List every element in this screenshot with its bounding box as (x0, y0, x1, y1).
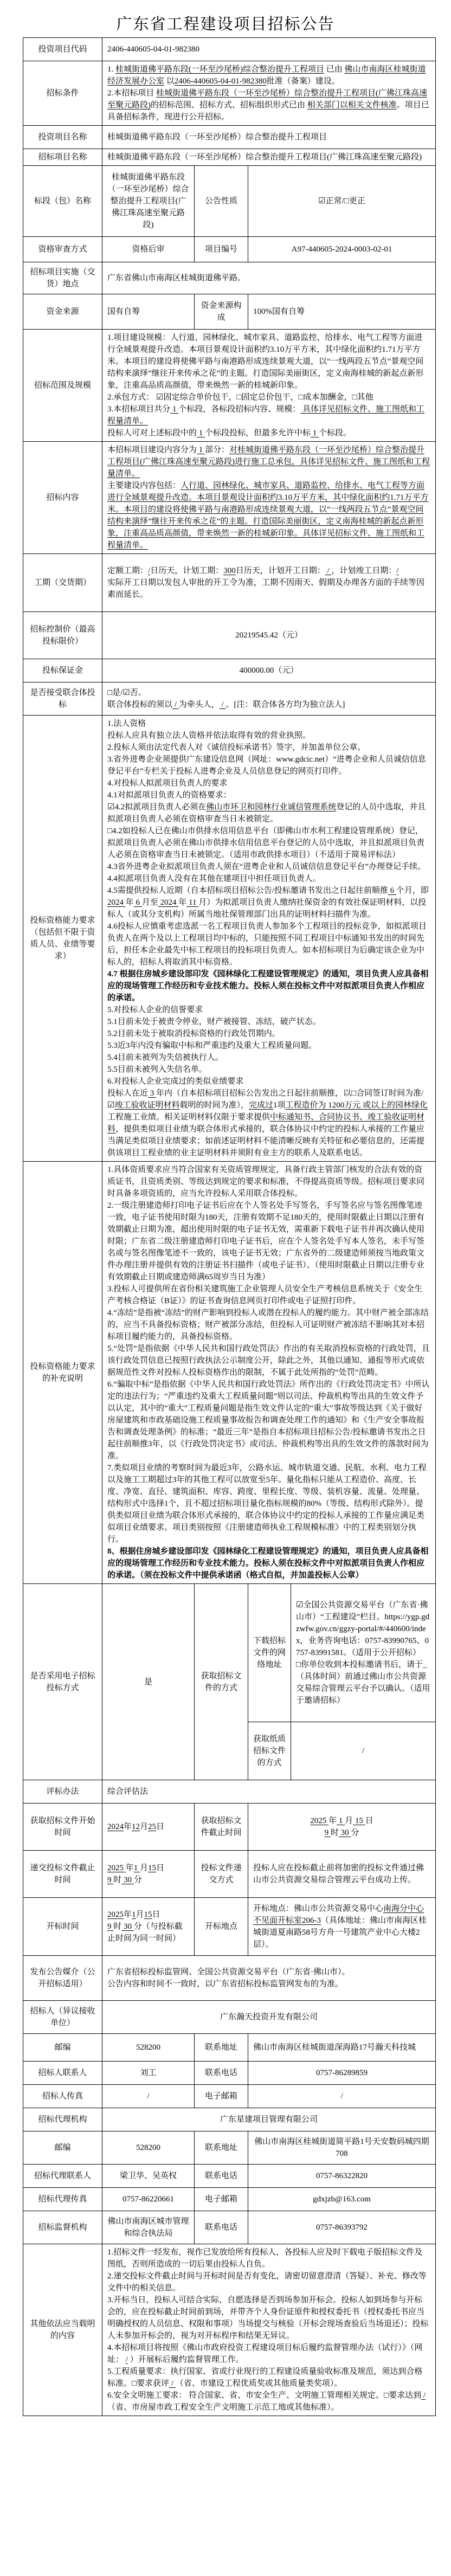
agency-address-value: 佛山市南海区桂城街道简平路1号天安数码城四期708 (248, 2131, 436, 2165)
agency-contact-label: 招标代理联系人 (23, 2165, 102, 2188)
tenderer-email-label: 电子邮箱 (195, 2085, 248, 2108)
location-value: 广东省佛山市南海区桂城街道佛平路。 (102, 262, 436, 294)
ceiling-price-value: 20219545.42（元） (102, 612, 436, 659)
row-location: 招标项目实施（交货）地点 广东省佛山市南海区桂城街道佛平路。 (23, 262, 436, 294)
row-fund-source: 资金来源 国有自筹 资金来源构成 100%国有自筹 (23, 294, 436, 330)
tender-scope-value: 1.项目建设规模：人行道、园林绿化、城市家具、道路监控、给排水、电气工程等方面进… (102, 330, 436, 442)
other-content-label: 其他依法应当载明的内容 (23, 2244, 102, 2416)
tender-announcement-page: 广东省工程建设项目招标公告 投资项目代码 2406-440605-04-01-9… (0, 12, 451, 2416)
row-qualification-notes: 投标资格能力要求的补充说明 1.具体资质要求应当符合国家有关资质管理规定，具备行… (23, 1162, 436, 1584)
supervisor-label: 招标监督机构 (23, 2211, 102, 2244)
tenderer-fax-value: / (102, 2085, 195, 2108)
row-tenderer: 招标人（异议接收单位） 广东瀚天投资开发有限公司 (23, 2001, 436, 2034)
row-consortium: 是否接受联合体投标 □是/☑否。联合体投标的须以 / 为牵头人， / 。[注：联… (23, 682, 436, 716)
evaluation-method-value: 综合评估法 (102, 1780, 436, 1804)
submit-deadline-label: 递交投标文件截止时间 (23, 1851, 102, 1898)
download-url-label: 下载招标文件的网络地址 (248, 1584, 291, 1722)
page-title: 广东省工程建设项目招标公告 (0, 12, 451, 34)
invest-name-label: 投资项目名称 (23, 126, 102, 149)
qualification-requirements-value: 1.法人资格投标人应具有独立法人资格并依法取得有效的营业执照。2.投标人须由法定… (102, 716, 436, 1162)
row-doc-time: 获取招标文件开始时间 2024年12月25日 获取招标文件截止时间 2025 年… (23, 1804, 436, 1851)
agency-phone-label: 联系电话 (195, 2165, 248, 2188)
agency-fax-label: 招标代理传真 (23, 2188, 102, 2211)
bid-bond-value: 400000.00（元） (102, 659, 436, 682)
invest-code-value: 2406-440605-04-01-982380 (102, 38, 436, 61)
e-bidding-value: 是 (102, 1584, 195, 1780)
opening-place-label: 开标地点 (195, 1898, 248, 1956)
notice-nature-value: ☑正常/□更正 (248, 166, 436, 237)
invest-name-value: 桂城街道佛平路东段（一环至沙尾桥）综合整治提升工程项目 (102, 126, 436, 149)
row-tender-content: 招标内容 本招标项目建设内容分为 1 部分：对桂城街道佛平路东段（一环至沙尾桥）… (23, 442, 436, 554)
qualification-review-label: 资格审查方式 (23, 237, 102, 262)
duration-value: 定额工期：/日历天，计划工期：300日历天，计划开工日期： / ，计划竣工日期：… (102, 554, 436, 612)
fund-source-value: 国有自筹 (102, 294, 195, 330)
tender-scope-label: 招标范围及规模 (23, 330, 102, 442)
row-agency-fax: 招标代理传真 0757-86220661 电子邮箱 gdxjzb@163.com (23, 2188, 436, 2211)
tenderer-postcode-label: 邮编 (23, 2034, 102, 2062)
location-label: 招标项目实施（交货）地点 (23, 262, 102, 294)
tenderer-contact-label: 招标人联系人 (23, 2062, 102, 2085)
paper-doc-method-label: 获取纸质招标文件的方式 (248, 1722, 291, 1780)
bid-bond-label: 投标保证金 (23, 659, 102, 682)
consortium-value: □是/☑否。联合体投标的须以 / 为牵头人， / 。[注：联合体各方均为独立法人… (102, 682, 436, 716)
ceiling-price-label: 招标控制价（最高投标限价） (23, 612, 102, 659)
announcement-media-value: 广东省招标投标监管网、全国公共资源交易平台（广东省·佛山市）。公告内容和时间不一… (102, 1956, 436, 2001)
agency-value: 广东星建项目管理有限公司 (102, 2108, 436, 2131)
opening-time-value: 2025年1月15日 9 时 30 分（与投标截止时间为同一时间） (102, 1898, 195, 1956)
doc-start-time-value: 2024年12月25日 (102, 1804, 195, 1851)
doc-deadline-label: 获取招标文件截止时间 (195, 1804, 248, 1851)
submit-method-label: 投标文件递交方式 (195, 1851, 248, 1898)
doc-deadline-value: 2025 年 1 月 15 日9 时 30 分 (248, 1804, 436, 1851)
row-evaluation-method: 评标办法 综合评估法 (23, 1780, 436, 1804)
tenderer-phone-value: 0757-86289859 (248, 2062, 436, 2085)
tender-name-label: 招标项目名称 (23, 149, 102, 166)
tenderer-contact-value: 刘工 (102, 2062, 195, 2085)
row-tender-scope: 招标范围及规模 1.项目建设规模：人行道、园林绿化、城市家具、道路监控、给排水、… (23, 330, 436, 442)
agency-phone-value: 0757-86322820 (248, 2165, 436, 2188)
tenderer-phone-label: 联系电话 (195, 2062, 248, 2085)
row-invest-name: 投资项目名称 桂城街道佛平路东段（一环至沙尾桥）综合整治提升工程项目 (23, 126, 436, 149)
qualification-notes-label: 投标资格能力要求的补充说明 (23, 1162, 102, 1584)
row-agency: 招标代理机构 广东星建项目管理有限公司 (23, 2108, 436, 2131)
download-url-value: ☑全国公共资源交易平台（广东省·佛山市）“工程建设”栏目。https://ygp… (291, 1584, 436, 1722)
tender-name-value: 桂城街道佛平路东段（一环至沙尾桥）综合整治提升工程项目(广佛江珠高速至聚元路段) (102, 149, 436, 166)
row-tenderer-contact: 招标人联系人 刘工 联系电话 0757-86289859 (23, 2062, 436, 2085)
submit-method-value: 投标人应在投标截止前将加密的投标文件通过佛山市公共资源交易综合管理云平台成功上传… (248, 1851, 436, 1898)
agency-postcode-value: 528200 (102, 2131, 195, 2165)
evaluation-method-label: 评标办法 (23, 1780, 102, 1804)
row-invest-code: 投资项目代码 2406-440605-04-01-982380 (23, 38, 436, 61)
consortium-label: 是否接受联合体投标 (23, 682, 102, 716)
row-qualification-review: 资格审查方式 资格后审 项目编号 A97-440605-2024-0003-02… (23, 237, 436, 262)
row-section-name: 标段（包）名称 桂城街道佛平路东段（一环至沙尾桥）综合整治提升工程项目(广佛江珠… (23, 166, 436, 237)
row-tenderer-postcode: 邮编 528200 联系地址 佛山市南海区桂城街道深海路17号瀚天科技城 (23, 2034, 436, 2062)
row-tender-name: 招标项目名称 桂城街道佛平路东段（一环至沙尾桥）综合整治提升工程项目(广佛江珠高… (23, 149, 436, 166)
agency-label: 招标代理机构 (23, 2108, 102, 2131)
tender-conditions-value: 1. 桂城街道佛平路东段(一环至沙尾桥)综合整治提升工程项目 已由 佛山市南海区… (102, 61, 436, 126)
row-other-content: 其他依法应当载明的内容 1.招标文件一经发布，视作已发放给所有投标人，各投标人应… (23, 2244, 436, 2416)
section-name-value: 桂城街道佛平路东段（一环至沙尾桥）综合整治提升工程项目(广佛江珠高速至聚元路段) (102, 166, 195, 237)
doc-start-time-label: 获取招标文件开始时间 (23, 1804, 102, 1851)
agency-email-value: gdxjzb@163.com (248, 2188, 436, 2211)
opening-time-label: 开标时间 (23, 1898, 102, 1956)
qualification-notes-value: 1.具体资质要求应当符合国家有关资质管理规定，具备行政主管部门核发的合法有效的资… (102, 1162, 436, 1584)
row-qualification-requirements: 投标资格能力要求（包括但不限于资质人员、业绩等要求） 1.法人资格投标人应具有独… (23, 716, 436, 1162)
fund-composition-value: 100%国有自筹 (248, 294, 436, 330)
row-agency-postcode: 邮编 528200 联系地址 佛山市南海区桂城街道简平路1号天安数码城四期708 (23, 2131, 436, 2165)
row-announcement-media: 发布公告媒介（公开招标适用） 广东省招标投标监管网、全国公共资源交易平台（广东省… (23, 1956, 436, 2001)
row-ceiling-price: 招标控制价（最高投标限价） 20219545.42（元） (23, 612, 436, 659)
row-supervisor: 招标监督机构 佛山市南海区城市管理和综合执法局 联系电话 0757-863937… (23, 2211, 436, 2244)
tender-table: 投资项目代码 2406-440605-04-01-982380 招标条件 1. … (23, 37, 436, 2416)
announcement-media-label: 发布公告媒介（公开招标适用） (23, 1956, 102, 2001)
project-number-value: A97-440605-2024-0003-02-01 (248, 237, 436, 262)
row-tender-conditions: 招标条件 1. 桂城街道佛平路东段(一环至沙尾桥)综合整治提升工程项目 已由 佛… (23, 61, 436, 126)
tender-conditions-label: 招标条件 (23, 61, 102, 126)
fund-source-label: 资金来源 (23, 294, 102, 330)
agency-address-label: 联系地址 (195, 2131, 248, 2165)
notice-nature-label: 公告性质 (195, 166, 248, 237)
supervisor-value: 佛山市南海区城市管理和综合执法局 (102, 2211, 195, 2244)
tender-content-value: 本招标项目建设内容分为 1 部分：对桂城街道佛平路东段（一环至沙尾桥）综合整治提… (102, 442, 436, 554)
row-agency-contact: 招标代理联系人 梁卫华、吴英权 联系电话 0757-86322820 (23, 2165, 436, 2188)
duration-label: 工期（交货期） (23, 554, 102, 612)
other-content-value: 1.招标文件一经发布，视作已发放给所有投标人，各投标人应及时下载电子版招标文件及… (102, 2244, 436, 2416)
invest-code-label: 投资项目代码 (23, 38, 102, 61)
paper-doc-method-value: / (291, 1722, 436, 1780)
tenderer-value: 广东瀚天投资开发有限公司 (102, 2001, 436, 2034)
tenderer-label: 招标人（异议接收单位） (23, 2001, 102, 2034)
tenderer-address-value: 佛山市南海区桂城街道深海路17号瀚天科技城 (248, 2034, 436, 2062)
row-e-bidding: 是否采用电子招标投标方式 是 获取招标文件的方式 下载招标文件的网络地址 ☑全国… (23, 1584, 436, 1722)
agency-email-label: 电子邮箱 (195, 2188, 248, 2211)
agency-contact-value: 梁卫华、吴英权 (102, 2165, 195, 2188)
doc-obtain-method-label: 获取招标文件的方式 (195, 1584, 248, 1780)
row-submit-deadline: 递交投标文件截止时间 2025 年1 月15日 9 时 30 分 投标文件递交方… (23, 1851, 436, 1898)
e-bidding-label: 是否采用电子招标投标方式 (23, 1584, 102, 1780)
supervisor-phone-label: 联系电话 (195, 2211, 248, 2244)
tenderer-email-value: / (248, 2085, 436, 2108)
tenderer-address-label: 联系地址 (195, 2034, 248, 2062)
tender-content-label: 招标内容 (23, 442, 102, 554)
row-opening: 开标时间 2025年1月15日 9 时 30 分（与投标截止时间为同一时间） 开… (23, 1898, 436, 1956)
agency-fax-value: 0757-86220661 (102, 2188, 195, 2211)
submit-deadline-value: 2025 年1 月15日 9 时 30 分 (102, 1851, 195, 1898)
row-tenderer-fax: 招标人传真 / 电子邮箱 / (23, 2085, 436, 2108)
agency-postcode-label: 邮编 (23, 2131, 102, 2165)
supervisor-phone-value: 0757-86393792 (248, 2211, 436, 2244)
tenderer-fax-label: 招标人传真 (23, 2085, 102, 2108)
qualification-requirements-label: 投标资格能力要求（包括但不限于资质人员、业绩等要求） (23, 716, 102, 1162)
tenderer-postcode-value: 528200 (102, 2034, 195, 2062)
qualification-review-value: 资格后审 (102, 237, 195, 262)
row-duration: 工期（交货期） 定额工期：/日历天，计划工期：300日历天，计划开工日期： / … (23, 554, 436, 612)
fund-composition-label: 资金来源构成 (195, 294, 248, 330)
row-bid-bond: 投标保证金 400000.00（元） (23, 659, 436, 682)
project-number-label: 项目编号 (195, 237, 248, 262)
section-name-label: 标段（包）名称 (23, 166, 102, 237)
opening-place-value: 开标地点：佛山市公共资源交易中心南海分中心不见面开标室206-3（具体地址：佛山… (248, 1898, 436, 1956)
